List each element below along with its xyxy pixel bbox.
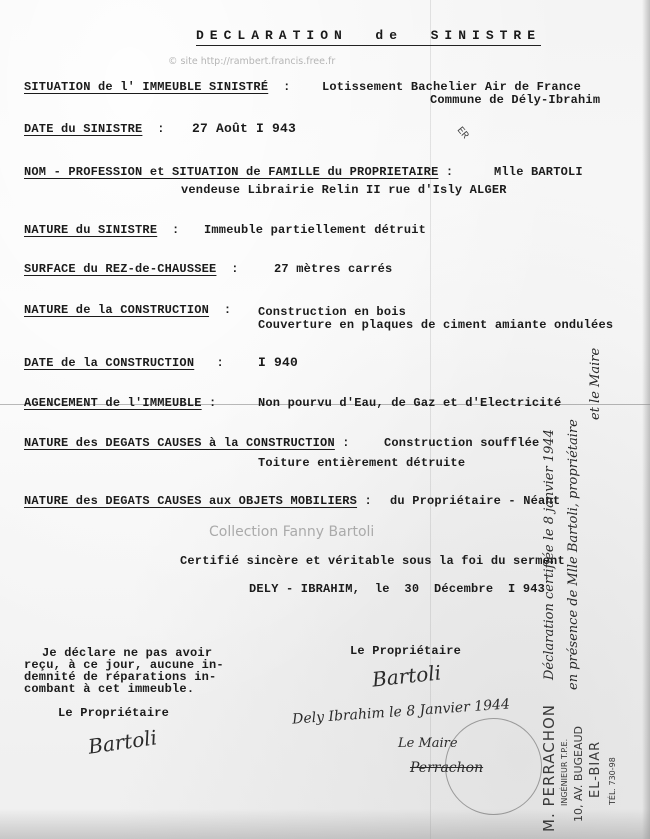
handwritten-signature: Bartoli (87, 725, 159, 758)
field-value-situation: Lotissement Bachelier Air de France (322, 80, 581, 94)
field-value-situation-commune: Commune de Dély-Ibrahim (430, 93, 600, 107)
stamp-name: M. PERRACHON (540, 704, 558, 832)
field-label-nature-construction: NATURE de la CONSTRUCTION : (24, 303, 231, 317)
paper-edge-shadow (642, 0, 650, 839)
declaration-signer-label: Le Propriétaire (58, 706, 169, 720)
site-watermark: © site http://rambert.francis.free.fr (168, 56, 335, 67)
field-label-nature-sinistre: NATURE du SINISTRE : (24, 223, 179, 237)
field-value-nature-construction-2: Couverture en plaques de ciment amiante … (258, 318, 613, 332)
field-label-degats-construction: NATURE des DEGATS CAUSES à la CONSTRUCTI… (24, 436, 350, 450)
stamp-line: TÉL. 730-98 (608, 757, 617, 805)
certification-place-date: DELY - IBRAHIM, le 30 Décembre I 943 (249, 582, 545, 596)
field-value-degats-construction-1: Construction soufflée (384, 436, 539, 450)
field-value-date-construction: I 940 (258, 356, 298, 370)
field-value-nature-construction-1: Construction en bois (258, 305, 406, 319)
field-label-agencement: AGENCEMENT de l'IMMEUBLE : (24, 396, 216, 410)
stamp-line: EL-BIAR (588, 741, 603, 798)
handwritten-signature: Bartoli (371, 660, 442, 691)
field-value-degats-construction-2: Toiture entièrement détruite (258, 456, 465, 470)
scanned-document-page: DECLARATION de SINISTRE © site http://ra… (0, 0, 650, 839)
document-title: DECLARATION de SINISTRE (196, 28, 541, 46)
certification-line: Certifié sincère et véritable sous la fo… (180, 554, 565, 568)
stamp-line: INGÉNIEUR T.P.E. (560, 739, 569, 806)
field-label-date-sinistre: DATE du SINISTRE : (24, 122, 165, 136)
registration-mark: ER (454, 125, 470, 141)
collection-watermark: Collection Fanny Bartoli (209, 524, 374, 540)
declaration-line: combant à cet immeuble. (24, 682, 194, 696)
field-value-date-sinistre: 27 Août I 943 (192, 122, 296, 136)
margin-handwritten-note: en présence de Mlle Bartoli, propriétair… (566, 419, 581, 690)
field-label-surface: SURFACE du REZ-de-CHAUSSEE : (24, 262, 239, 276)
margin-handwritten-note: Déclaration certifiée le 8 janvier 1944 (542, 429, 557, 680)
field-label-situation: SITUATION de l' IMMEUBLE SINISTRÉ : (24, 80, 290, 94)
field-value-proprietaire-profession: vendeuse Librairie Relin II rue d'Isly A… (181, 183, 507, 197)
official-stamp-seal (445, 718, 542, 815)
margin-handwritten-note: et le Maire (588, 348, 603, 420)
field-label-date-construction: DATE de la CONSTRUCTION : (24, 356, 224, 370)
field-value-surface: 27 mètres carrés (274, 262, 392, 276)
stamp-line: 10, AV. BUGEAUD (572, 726, 585, 822)
field-label-degats-mobiliers: NATURE des DEGATS CAUSES aux OBJETS MOBI… (24, 494, 372, 508)
right-signer-label: Le Propriétaire (350, 644, 461, 658)
field-value-proprietaire-name: Mlle BARTOLI (494, 165, 583, 179)
field-value-agencement: Non pourvu d'Eau, de Gaz et d'Electricit… (258, 396, 561, 410)
field-value-nature-sinistre: Immeuble partiellement détruit (204, 223, 426, 237)
field-value-degats-mobiliers: du Propriétaire - Néant (390, 494, 560, 508)
field-label-proprietaire: NOM - PROFESSION et SITUATION de FAMILLE… (24, 165, 453, 179)
